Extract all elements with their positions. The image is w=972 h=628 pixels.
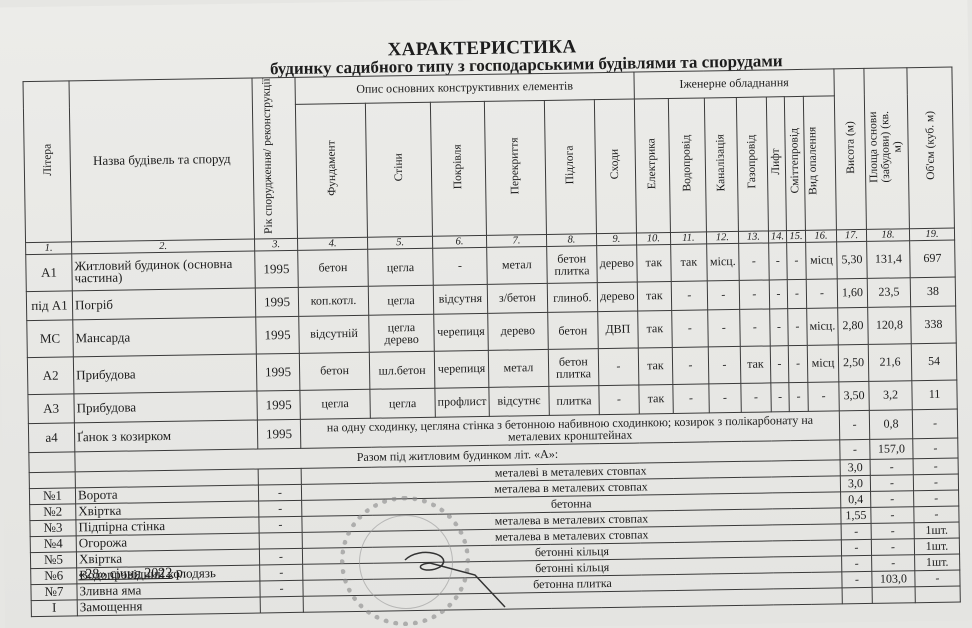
building-water: -: [671, 281, 707, 311]
structure-height: 3,0: [840, 459, 870, 475]
building-year: 1995: [256, 316, 300, 354]
building-roof: профлист: [435, 387, 489, 417]
column-number: 13.: [738, 231, 768, 243]
structure-volume: [915, 586, 960, 603]
structure-litera: [29, 472, 75, 489]
porch-name: Ґанок з козирком: [74, 420, 257, 452]
building-ceiling: метал: [488, 349, 549, 387]
building-litera: А3: [28, 394, 74, 424]
building-stairs: -: [598, 348, 639, 386]
building-gas: -: [741, 383, 771, 412]
structure-litera: №7: [31, 583, 77, 600]
structure-height: 1,55: [841, 507, 871, 523]
building-gas: -: [739, 243, 770, 280]
building-garbage: -: [789, 382, 808, 411]
structure-height: -: [842, 555, 872, 571]
structure-year: -: [258, 484, 301, 501]
structure-area: -: [872, 554, 915, 571]
building-litera: А1: [26, 254, 73, 292]
building-roof: -: [433, 247, 487, 285]
building-gas: так: [740, 346, 771, 383]
total-litera-empty: [29, 452, 75, 473]
header-lift: Лифт: [766, 96, 786, 230]
building-sewer: місц.: [707, 243, 740, 280]
building-electric: так: [638, 310, 673, 348]
building-water: -: [673, 384, 709, 414]
document-date: «28» січня 2022 р.: [78, 566, 186, 584]
porch-year: 1995: [257, 419, 300, 449]
building-sewer: -: [708, 346, 741, 383]
building-area: 3,2: [869, 380, 912, 410]
structure-litera: №4: [30, 535, 76, 552]
header-height: Висота (м): [834, 68, 867, 229]
total-volume: -: [913, 438, 958, 459]
building-name: Прибудова: [73, 354, 257, 394]
building-garbage: -: [788, 308, 808, 345]
structure-year: [260, 596, 303, 613]
header-sewer: Каналізація: [704, 97, 738, 231]
structure-volume: -: [913, 474, 958, 491]
header-garbage: Сміттепровід: [784, 96, 805, 230]
building-ceiling: з/бетон: [487, 283, 547, 313]
structure-height: [842, 587, 872, 603]
building-area: 131,4: [867, 240, 911, 278]
building-water: так: [671, 244, 708, 282]
header-heating: Вид опалення: [803, 96, 836, 230]
column-number: 5.: [367, 236, 432, 249]
building-floor: бетон плитка: [548, 348, 599, 386]
building-ceiling: дерево: [488, 312, 549, 350]
structure-litera: №2: [30, 504, 76, 521]
header-electric: Електрика: [634, 98, 670, 232]
column-number: 12.: [706, 231, 738, 244]
structure-year: -: [259, 516, 302, 533]
building-volume: 38: [910, 277, 955, 307]
structure-volume: 1шт.: [914, 522, 959, 539]
structure-year: [258, 468, 301, 485]
structure-name: Замощення: [77, 597, 260, 616]
building-heating: -: [808, 381, 839, 410]
building-garbage: -: [787, 279, 806, 308]
porch-area: 0,8: [869, 409, 912, 439]
structure-litera: №5: [30, 551, 76, 568]
column-number: 7.: [486, 234, 546, 247]
building-sewer: -: [707, 280, 739, 309]
building-ceiling: метал: [487, 246, 548, 284]
structure-volume: -: [915, 570, 960, 587]
building-foundation: цегла: [300, 389, 370, 419]
building-roof: черепиця: [434, 313, 488, 351]
structure-litera: №3: [30, 519, 76, 536]
porch-volume: -: [912, 409, 957, 439]
building-height: 2,80: [838, 307, 869, 344]
structure-area: -: [871, 522, 914, 539]
building-stairs: дерево: [597, 245, 638, 283]
signature-icon: [400, 545, 510, 615]
structure-year: -: [259, 500, 302, 517]
structure-area: -: [870, 474, 913, 491]
column-number: 16.: [805, 230, 836, 242]
building-floor: бетон: [548, 311, 599, 349]
building-volume: 54: [911, 343, 957, 381]
building-garbage: -: [788, 345, 808, 382]
building-water: -: [672, 347, 709, 385]
header-engineering-group: Іженерне обладнання: [634, 69, 835, 99]
building-electric: так: [638, 347, 673, 385]
building-litera: під А1: [26, 291, 72, 321]
structure-area: -: [871, 506, 914, 523]
structure-height: -: [842, 571, 872, 587]
building-garbage: -: [787, 242, 807, 279]
building-gas: -: [739, 280, 769, 309]
building-name: Житловий будинок (основна частина): [72, 251, 256, 291]
building-lift: -: [771, 382, 790, 411]
building-name: Мансарда: [73, 317, 257, 357]
building-gas: -: [740, 309, 771, 346]
date-value: «28» січня 2022: [78, 566, 172, 582]
date-suffix: р.: [172, 566, 186, 581]
column-number: 11.: [670, 232, 706, 245]
building-lift: -: [769, 279, 788, 308]
building-year: 1995: [256, 353, 300, 391]
column-number: 19.: [909, 228, 954, 241]
column-number: 14.: [768, 230, 786, 242]
building-area: 23,5: [867, 277, 910, 307]
porch-height: -: [839, 410, 869, 439]
building-electric: так: [637, 244, 672, 282]
building-heating: -: [806, 279, 837, 308]
building-roof: черепиця: [434, 350, 488, 388]
building-litera: МС: [27, 320, 74, 358]
building-area: 120,8: [868, 306, 912, 344]
building-name: Прибудова: [74, 391, 257, 423]
structure-area: 103,0: [872, 570, 915, 587]
header-ceiling: Перекриття: [484, 100, 546, 235]
building-height: 1,60: [837, 278, 867, 307]
total-height: -: [840, 439, 870, 459]
building-heating: місц: [807, 345, 839, 382]
column-number: 4.: [298, 237, 368, 250]
structure-litera: №6: [31, 567, 77, 584]
building-year: 1995: [255, 287, 298, 317]
building-lift: -: [769, 242, 788, 279]
header-floor: Підлога: [544, 99, 596, 234]
header-volume: Об'єм (куб. м): [907, 67, 955, 228]
structure-height: -: [841, 523, 871, 539]
structure-height: -: [841, 539, 871, 555]
document-page: ХАРАКТЕРИСТИКА будинку садибного типу з …: [0, 0, 972, 628]
building-stairs: дерево: [597, 282, 637, 312]
building-height: 5,30: [837, 241, 868, 278]
structure-volume: 1шт.: [914, 538, 959, 555]
building-volume: 697: [910, 240, 956, 278]
building-volume: 338: [911, 306, 957, 344]
structure-litera: №1: [29, 488, 75, 505]
building-floor: глиноб.: [547, 282, 597, 312]
header-roof: Покрівля: [430, 101, 486, 236]
column-number: 8.: [546, 233, 596, 246]
building-stairs: -: [599, 385, 639, 415]
structure-volume: -: [913, 458, 958, 475]
structure-height: 0,4: [841, 491, 871, 507]
column-number: 15.: [786, 230, 805, 242]
building-name: Погріб: [72, 288, 255, 320]
structure-litera: І: [31, 599, 77, 616]
building-foundation: бетон: [299, 352, 370, 390]
column-number: 6.: [432, 235, 486, 248]
structure-area: [872, 586, 915, 603]
building-ceiling: відсутнє: [489, 386, 549, 416]
porch-litera: а4: [28, 423, 74, 453]
structure-year: -: [260, 580, 303, 597]
header-walls: Стіни: [365, 102, 432, 237]
building-electric: так: [637, 281, 671, 311]
building-floor: плитка: [549, 385, 599, 415]
building-litera: А2: [27, 357, 74, 395]
structure-area: -: [870, 458, 913, 475]
header-area: Площа основи (забудови) (кв. м): [864, 68, 910, 229]
building-walls: цегла: [370, 388, 435, 418]
building-walls: цегла дерево: [369, 314, 435, 352]
building-foundation: коп.котл.: [298, 286, 368, 316]
column-number: 3.: [255, 238, 298, 251]
building-heating: місц.: [807, 308, 839, 345]
building-stairs: ДВП: [598, 311, 639, 349]
building-sewer: -: [708, 309, 741, 346]
structure-volume: 1шт.: [915, 554, 960, 571]
header-name: Назва будівель та споруд: [69, 78, 255, 241]
building-floor: бетон плитка: [547, 245, 598, 283]
characteristics-table: Літера Назва будівель та споруд Рік спор…: [23, 67, 961, 617]
building-lift: -: [770, 308, 789, 345]
building-year: 1995: [255, 250, 299, 288]
building-sewer: -: [709, 383, 741, 412]
header-year: Рік спорудження/ реконструкції: [252, 77, 298, 238]
building-electric: так: [639, 384, 673, 414]
building-roof: відсутня: [433, 284, 487, 314]
building-water: -: [672, 310, 709, 348]
building-walls: цегла: [368, 248, 434, 286]
building-year: 1995: [257, 390, 300, 420]
building-walls: шл.бетон: [369, 351, 435, 389]
building-walls: цегла: [368, 285, 433, 315]
total-area: 157,0: [870, 438, 913, 459]
structure-year: [259, 532, 302, 549]
column-number: 18.: [866, 228, 909, 241]
building-area: 21,6: [868, 343, 912, 381]
column-number: 10.: [636, 232, 670, 245]
building-height: 2,50: [838, 344, 869, 381]
structure-year: -: [259, 548, 302, 565]
structure-year: -: [260, 564, 303, 581]
building-lift: -: [770, 345, 789, 382]
column-number: 1.: [26, 242, 72, 255]
building-foundation: відсутній: [299, 315, 370, 353]
structure-volume: -: [914, 490, 959, 507]
header-stairs: Сходи: [594, 99, 636, 233]
header-foundation: Фундамент: [295, 103, 367, 238]
header-gas: Газопровід: [736, 97, 768, 231]
building-height: 3,50: [839, 381, 869, 410]
structure-height: 3,0: [840, 475, 870, 491]
structure-area: -: [871, 538, 914, 555]
column-number: 9.: [596, 233, 636, 246]
building-heating: місц: [806, 242, 838, 279]
structure-volume: -: [914, 506, 959, 523]
structure-area: -: [871, 490, 914, 507]
building-volume: 11: [912, 380, 957, 410]
header-litera: Літера: [23, 81, 72, 242]
column-number: 17.: [836, 229, 866, 241]
building-foundation: бетон: [298, 249, 369, 287]
header-water: Водопровід: [668, 98, 706, 232]
